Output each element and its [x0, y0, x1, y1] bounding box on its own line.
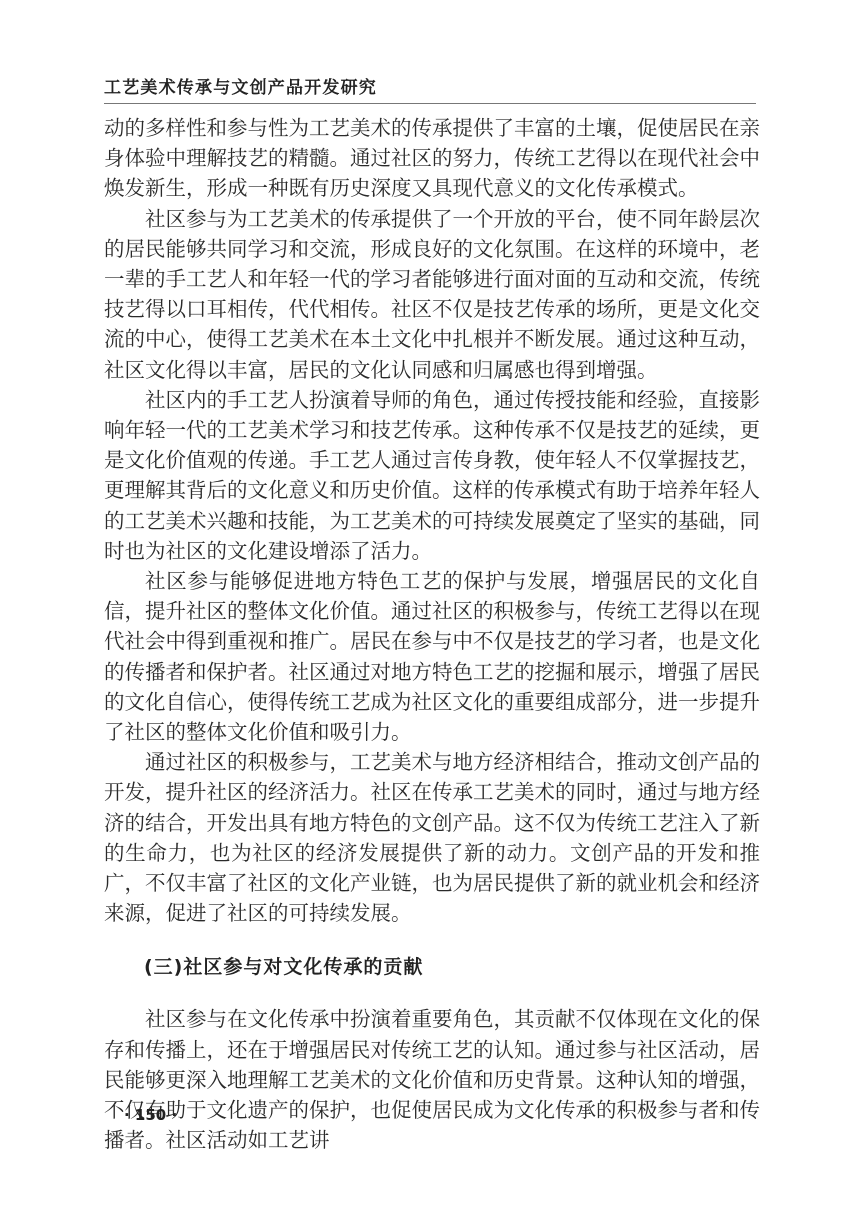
book-page: 工艺美术传承与文创产品开发研究 动的多样性和参与性为工艺美术的传承提供了丰富的土…	[0, 0, 860, 1208]
paragraph: 社区参与为工艺美术的传承提供了一个开放的平台，使不同年龄层次的居民能够共同学习和…	[104, 204, 760, 385]
running-head: 工艺美术传承与文创产品开发研究	[104, 73, 377, 98]
paragraph: 社区参与在文化传承中扮演着重要角色，其贡献不仅体现在文化的保存和传播上，还在于增…	[104, 1004, 760, 1155]
paragraph: 社区参与能够促进地方特色工艺的保护与发展，增强居民的文化自信，提升社区的整体文化…	[104, 566, 760, 747]
paragraph: 社区内的手工艺人扮演着导师的角色，通过传授技能和经验，直接影响年轻一代的工艺美术…	[104, 385, 760, 566]
paragraph: 通过社区的积极参与，工艺美术与地方经济相结合，推动文创产品的开发，提升社区的经济…	[104, 747, 760, 928]
body-text: 动的多样性和参与性为工艺美术的传承提供了丰富的土壤，促使居民在亲身体验中理解技艺…	[104, 113, 760, 1156]
paragraph-continued: 动的多样性和参与性为工艺美术的传承提供了丰富的土壤，促使居民在亲身体验中理解技艺…	[104, 113, 760, 204]
section-heading: (三)社区参与对文化传承的贡献	[104, 952, 760, 982]
page-number: · 150 ·	[124, 1106, 177, 1124]
header-rule	[104, 103, 756, 104]
